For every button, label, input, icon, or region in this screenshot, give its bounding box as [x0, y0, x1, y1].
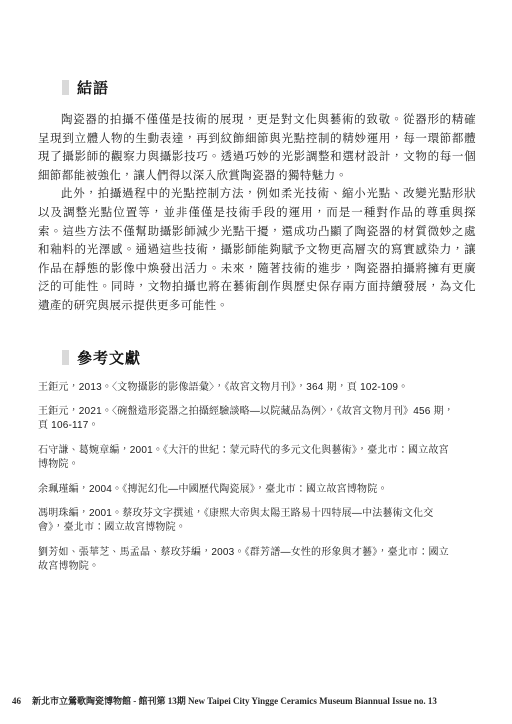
page-footer: 46 新北市立鶯歌陶瓷博物館 - 館刊第 13期 New Taipei City… [12, 694, 437, 707]
heading-marker-square [62, 80, 69, 95]
reference-item: 石守謙、葛婉章編，2001。《大汗的世紀：蒙元時代的多元文化與藝術》，臺北市：國… [38, 444, 458, 472]
conclusion-paragraph-2: 此外，拍攝過程中的光點控制方法，例如柔光技術、縮小光點、改變光點形狀以及調整光點… [38, 185, 476, 315]
page-content: 結語 陶瓷器的拍攝不僅僅是技術的展現，更是對文化與藝術的致敬。從器形的精確呈現到… [0, 0, 512, 574]
conclusion-section: 結語 陶瓷器的拍攝不僅僅是技術的展現，更是對文化與藝術的致敬。從器形的精確呈現到… [38, 77, 476, 316]
conclusion-heading: 結語 [62, 77, 476, 98]
reference-item: 王鉅元，2021。〈碗盤造形瓷器之拍攝經驗談略—以院藏品為例〉，《故宮文物月刊》… [38, 405, 458, 433]
conclusion-heading-label: 結語 [77, 77, 109, 98]
reference-item: 劉芳如、張華芝、馬孟晶、蔡玫芬編，2003。《群芳譜—女性的形象與才藝》，臺北市… [38, 546, 458, 574]
references-heading-label: 參考文獻 [77, 347, 141, 368]
heading-marker-square [62, 350, 69, 365]
references-heading: 參考文獻 [62, 347, 476, 368]
reference-item: 余珮瑾編，2004。《摶泥幻化—中國歷代陶瓷展》，臺北市：國立故宮博物院。 [38, 483, 458, 497]
reference-item: 馮明珠編，2001。蔡玫芬文字撰述，《康熙大帝與太陽王路易十四特展—中法藝術文化… [38, 507, 458, 535]
references-section: 參考文獻 王鉅元，2013。〈文物攝影的影像語彙〉，《故宮文物月刊》，364 期… [38, 347, 476, 574]
journal-page: 結語 陶瓷器的拍攝不僅僅是技術的展現，更是對文化與藝術的致敬。從器形的精確呈現到… [0, 0, 512, 724]
conclusion-paragraph-1: 陶瓷器的拍攝不僅僅是技術的展現，更是對文化與藝術的致敬。從器形的精確呈現到立體人… [38, 111, 476, 185]
page-number: 46 [12, 696, 21, 706]
footer-journal-title: 新北市立鶯歌陶瓷博物館 - 館刊第 13期 New Taipei City Yi… [32, 694, 437, 707]
reference-item: 王鉅元，2013。〈文物攝影的影像語彙〉，《故宮文物月刊》，364 期，頁 10… [38, 381, 458, 395]
